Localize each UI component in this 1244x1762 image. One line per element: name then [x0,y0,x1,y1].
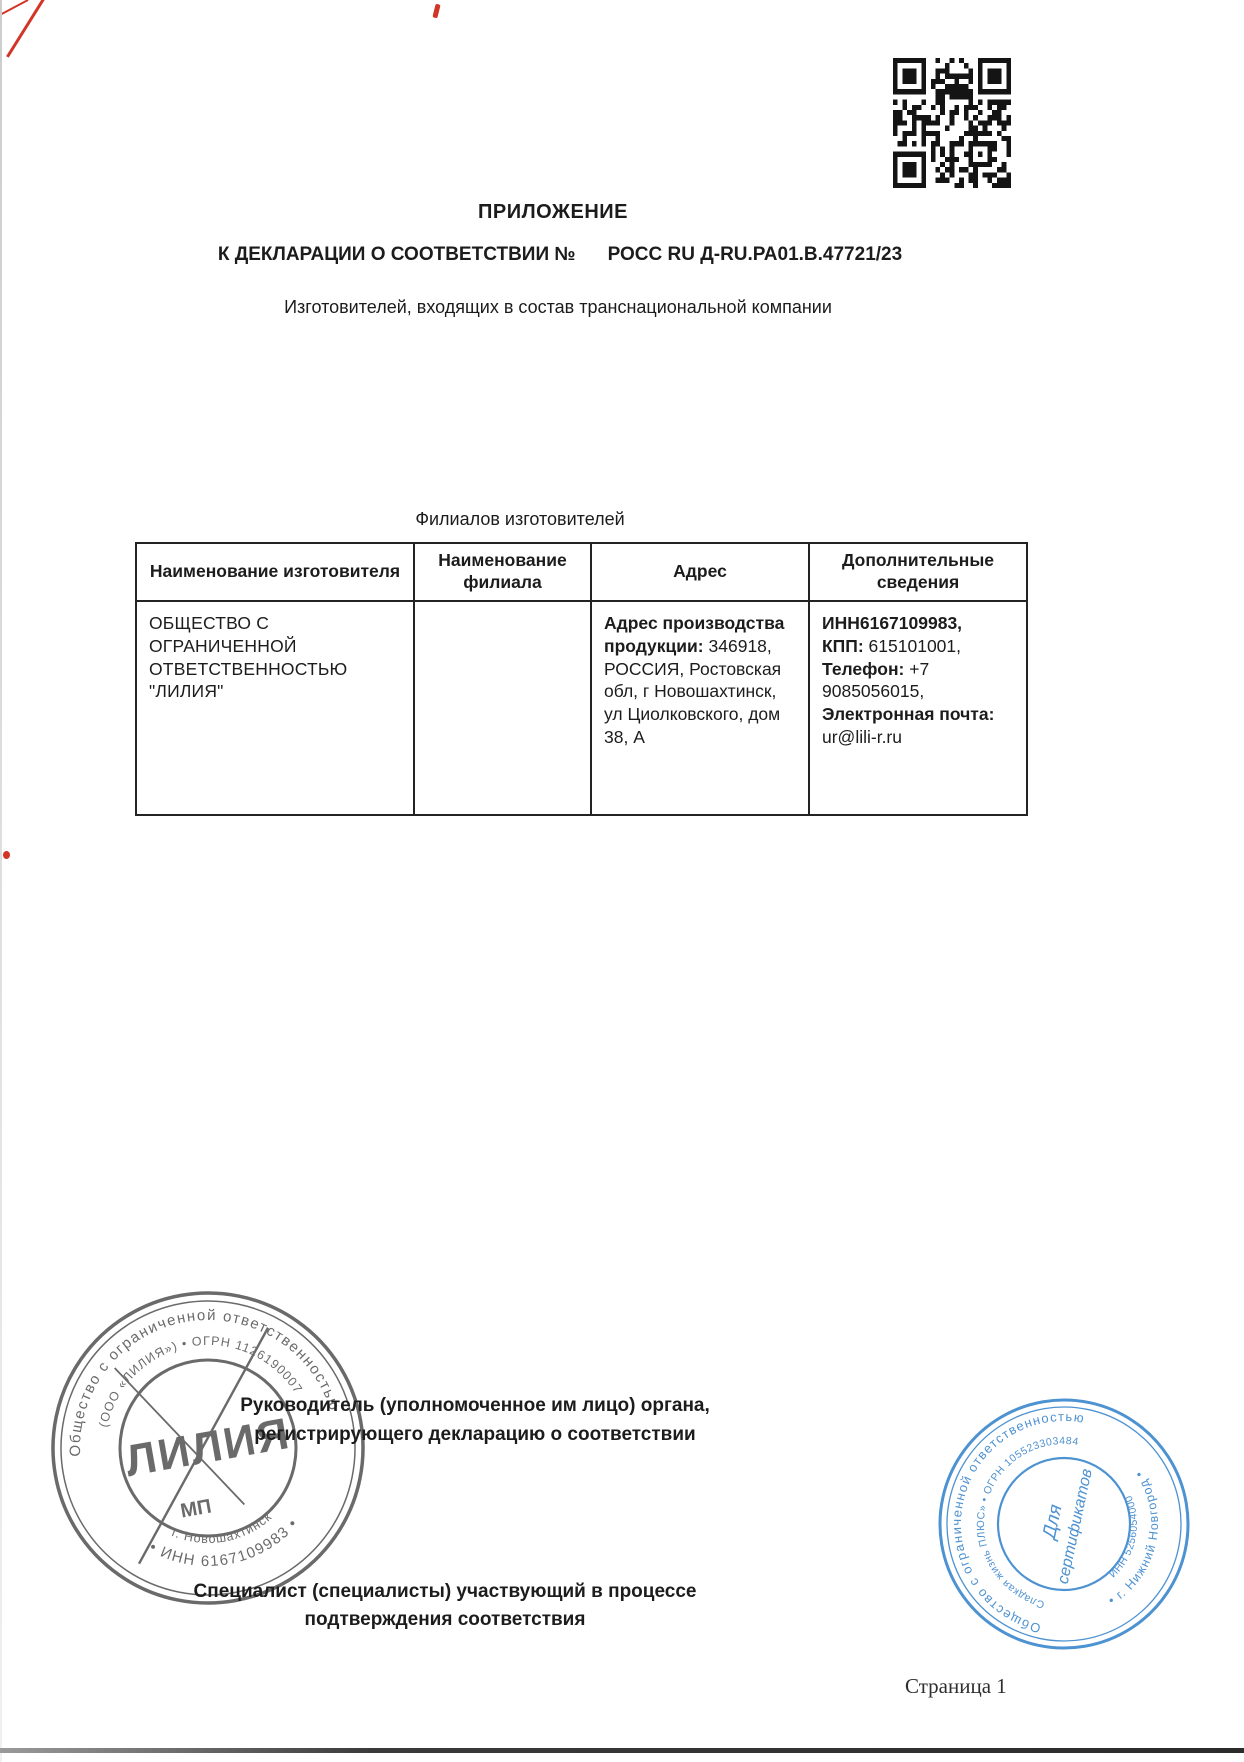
branches-table: Наименование изготовителя Наименование ф… [135,542,1028,816]
svg-text:• г. Нижний Новгород •: • г. Нижний Новгород • [1104,1466,1174,1615]
col-header-branch: Наименование филиала [414,543,591,601]
email-value: ur@lili-r.ru [822,727,902,747]
extra-kpp: КПП: 615101001, [822,635,1016,658]
cell-branch [414,601,591,815]
table-row: ОБЩЕСТВО С ОГРАНИЧЕННОЙ ОТВЕТСТВЕННОСТЬЮ… [136,601,1027,815]
signature-specialist-title: Специалист (специалисты) участвующий в п… [180,1578,710,1633]
declaration-line: К ДЕКЛАРАЦИИ О СООТВЕТСТВИИ № РОСС RU Д-… [0,244,1120,266]
document-subtitle: Изготовителей, входящих в состав трансна… [0,297,1116,318]
cell-address: Адрес производства продукции: 346918, РО… [591,601,809,815]
cell-manufacturer: ОБЩЕСТВО С ОГРАНИЧЕННОЙ ОТВЕТСТВЕННОСТЬЮ… [136,601,414,815]
declaration-number: РОСС RU Д-RU.РА01.В.47721/23 [608,244,903,266]
extra-phone: Телефон: +7 9085056015, [822,658,1016,704]
page-title: ПРИЛОЖЕНИЕ [0,201,1106,224]
extra-inn: ИНН6167109983, [822,612,1016,635]
svg-text:• ИНН 6167109983 •: • ИНН 6167109983 • [144,1513,307,1582]
stamp-right-ring-outer-bottom: • г. Нижний Новгород • [1104,1466,1174,1615]
kpp-label: КПП: [822,636,864,656]
red-scan-mark-corner2 [0,0,28,17]
stamp-left-ring-outer-bottom: • ИНН 6167109983 • [144,1513,307,1582]
col-header-manufacturer: Наименование изготовителя [136,543,414,601]
col-header-extra: Дополнительные сведения [809,543,1027,601]
document-page: ПРИЛОЖЕНИЕ К ДЕКЛАРАЦИИ О СООТВЕТСТВИИ №… [0,0,1244,1762]
phone-label: Телефон: [822,659,904,679]
email-label: Электронная почта: [822,704,994,724]
signature-head-title: Руководитель (уполномоченное им лицо) ор… [225,1392,725,1449]
qr-code-icon [893,58,1011,188]
red-scan-mark-top [432,4,440,19]
extra-email: Электронная почта: ur@lili-r.ru [822,703,1016,749]
page-number: Страница 1 [905,1674,1125,1699]
inn-label: ИНН6167109983, [822,613,962,633]
certification-stamp: Общество с ограниченной ответственностью… [928,1388,1200,1660]
cell-extra: ИНН6167109983, КПП: 615101001, Телефон: … [809,601,1027,815]
red-scan-mark-side [3,851,10,859]
col-header-address: Адрес [591,543,809,601]
stamp-right-center-line1: Для [1039,1503,1067,1543]
table-header-row: Наименование изготовителя Наименование ф… [136,543,1027,601]
stamp-left-mp: МП [179,1495,213,1522]
table-caption: Филиалов изготовителей [0,509,1040,530]
kpp-value: 615101001, [869,636,961,656]
scan-edge-bottom [0,1748,1244,1753]
declaration-label: К ДЕКЛАРАЦИИ О СООТВЕТСТВИИ № [218,244,576,266]
